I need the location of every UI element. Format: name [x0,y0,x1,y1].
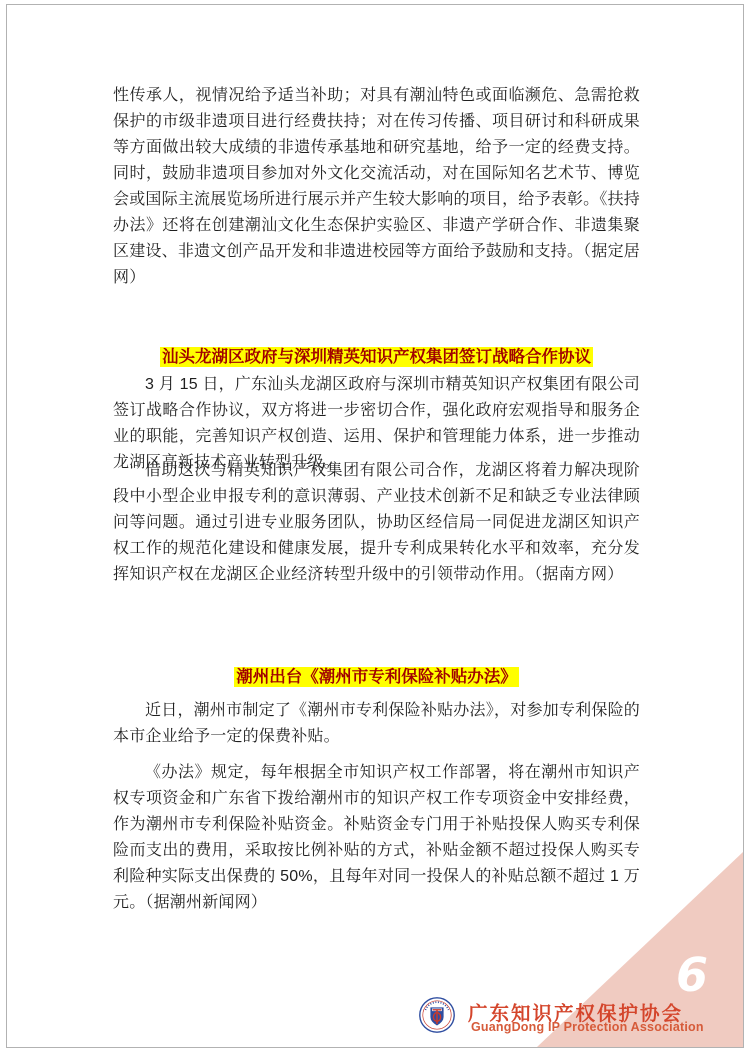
article-continuation-paragraph: 性传承人，视情况给予适当补助；对具有潮汕特色或面临濒危、急需抢救保护的市级非遗项… [113,83,640,291]
article-shantou-paragraph-2: 借助这次与精英知识产权集团有限公司合作，龙湖区将着力解决现阶段中小型企业申报专利… [113,458,640,588]
article-shantou-heading: 汕头龙湖区政府与深圳精英知识产权集团签订战略合作协议 [113,344,640,370]
article-chaozhou-paragraph-2: 《办法》规定，每年根据全市知识产权工作部署，将在潮州市知识产权专项资金和广东省下… [113,760,640,916]
article-chaozhou-paragraph-1: 近日，潮州市制定了《潮州市专利保险补贴办法》，对参加专利保险的本市企业给予一定的… [113,698,640,750]
article-chaozhou-heading: 潮州出台《潮州市专利保险补贴办法》 [113,664,640,690]
article-shantou-title: 汕头龙湖区政府与深圳精英知识产权集团签订战略合作协议 [160,347,593,367]
article-chaozhou-title: 潮州出台《潮州市专利保险补贴办法》 [234,667,519,687]
footer-org-name-en: GuangDong IP Protection Association [471,1020,704,1034]
page-number: 6 [660,948,724,1002]
newsletter-page: 性传承人，视情况给予适当补助；对具有潮汕特色或面临濒危、急需抢救保护的市级非遗项… [0,0,750,1056]
gdipa-emblem-icon [418,996,456,1034]
document-page: { "page": { "number": "6" }, "colors": {… [0,0,750,1056]
